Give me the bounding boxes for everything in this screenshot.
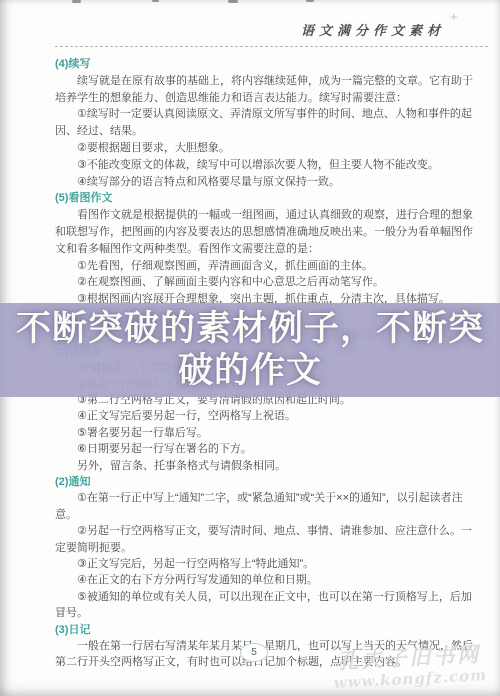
banner-region: 5.应用文 常见的应用文的(1)请假条①“请假条”三个字要写在第一行中间。②另起… [55,308,475,392]
title-overlay-banner: 不断突破的素材例子，不断突 破的作文 [0,303,500,397]
section-heading: (3)日记 [55,622,475,638]
paragraph-line: ②要根据题目要求，大胆想象。 [55,140,475,157]
paragraph-line: ④续写部分的语言特点和风格要尽量与原文保持一致。 [55,174,475,191]
paragraph-line: ④正文写完后要另起一行，空两格写上祝语。 [55,408,475,424]
paragraph-line: ③不能改变原文的体裁，续写中可以增添次要人物，但主要人物不能改变。 [55,157,475,174]
paragraph-line: ⑤被通知的单位或有关人员，可以出现在正文中，也可以在第一行顶格写上，后加冒号。 [55,589,475,622]
paragraph-line: ⑤署名要另起一行靠后写。 [55,425,475,441]
paragraph-line: ③正文写完后，另起一行空两格写上“特此通知”。 [55,556,475,572]
scan-speck [72,0,81,3]
paragraph-line: 看图作文就是根据提供的一幅或一组图画，通过认真细致的观察，进行合理的想象和联想写… [55,207,475,257]
text-column: (4)续写续写就是在原有故事的基础上，将内容继续延伸，成为一篇完整的文章。它有助… [55,56,475,671]
scan-speck [228,0,238,3]
paragraph-line: ①在第一行正中写上“通知”二字，或“紧急通知”或“关于××的通知”，以引起读者注… [55,490,475,523]
paragraph-line: ④在正文的右下方分两行写发通知的单位和日期。 [55,572,475,588]
paragraph-line: ②另起一行空两格写正文，要写清时间、地点、事情、请谁参加、应注意什么。一定要简明… [55,523,475,556]
scan-speck [306,0,314,2]
paragraph-line: 另外，留言条、托事条格式与请假条相同。 [55,458,475,474]
section-pre-banner: (4)续写续写就是在原有故事的基础上，将内容继续延伸，成为一篇完整的文章。它有助… [55,56,475,308]
banner-text-line1: 不断突破的素材例子，不断突 [16,308,484,350]
section-heading: (5)看图作文 [55,190,475,207]
running-header-title: 语文满分作文素材 [301,20,445,39]
paragraph-line: 续写就是在原有故事的基础上，将内容继续延伸，成为一篇完整的文章。它有助于培养学生… [55,73,475,107]
paragraph-line: ①先看图，仔细观察图画，弄清画面含义，抓住画面的主体。 [55,258,475,275]
paragraph-line: ①续写时一定要认真阅读原文、弄清原文所写事件的时间、地点、人物和事件的起因、经过… [55,106,475,140]
banner-text-line2: 破的作文 [178,350,322,392]
section-heading: (4)续写 [55,56,475,73]
page-number: 5 [251,647,257,658]
paragraph-line: ②在观察图画、了解画面主要内容和中心意思之后再动笔写作。 [55,274,475,291]
watermark: 孔夫子旧书网 www.kongfz.com [332,642,487,692]
page-number-badge: 5 [240,643,268,662]
registration-mark: + [450,10,458,23]
scan-speck [152,0,159,2]
header-dashed-rule [55,46,488,47]
section-heading: (2)通知 [55,474,475,490]
scanned-book-page: + + 语文满分作文素材 (4)续写续写就是在原有故事的基础上，将内容继续延伸，… [0,0,500,696]
section-post-banner: ③第二行空两格写正文，要写清请假的原因和起止时间。④正文写完后要另起一行，空两格… [55,392,475,671]
paragraph-line: ⑥日期要另起一行写在署名的下方。 [55,441,475,457]
